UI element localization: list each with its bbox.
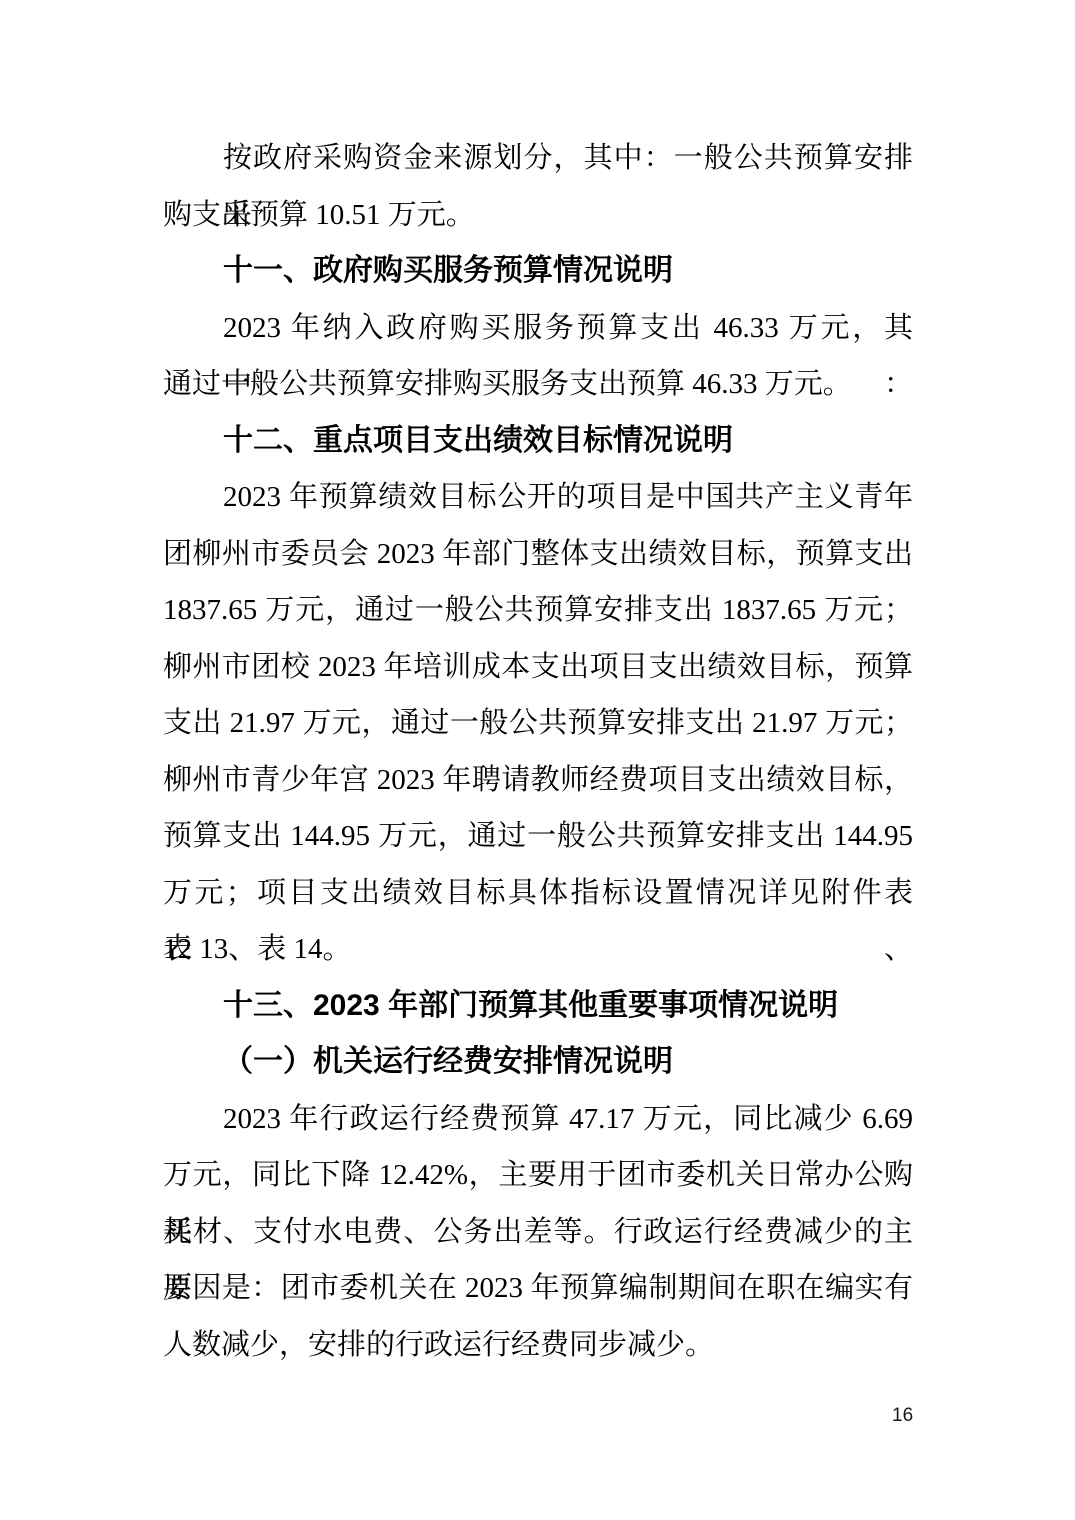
section-heading-13: 十三、2023 年部门预算其他重要事项情况说明 bbox=[163, 978, 913, 1035]
paragraph-procurement-funds: 按政府采购资金来源划分，其中：一般公共预算安排采 购支出预算 10.51 万元。 bbox=[163, 130, 913, 243]
text-line: 1837.65 万元，通过一般公共预算安排支出 1837.65 万元； bbox=[163, 582, 913, 639]
text-line: 人数减少，安排的行政运行经费同步减少。 bbox=[163, 1317, 913, 1374]
text-line: 支出 21.97 万元，通过一般公共预算安排支出 21.97 万元； bbox=[163, 695, 913, 752]
text-line: 通过一般公共预算安排购买服务支出预算 46.33 万元。 bbox=[163, 356, 913, 413]
section-heading-11: 十一、政府购买服务预算情况说明 bbox=[163, 243, 913, 300]
page-number: 16 bbox=[892, 1403, 913, 1429]
section-heading-12: 十二、重点项目支出绩效目标情况说明 bbox=[163, 413, 913, 470]
paragraph-performance-targets: 2023 年预算绩效目标公开的项目是中国共产主义青年 团柳州市委员会 2023 … bbox=[163, 469, 913, 978]
paragraph-purchased-services: 2023 年纳入政府购买服务预算支出 46.33 万元，其中： 通过一般公共预算… bbox=[163, 300, 913, 413]
text-line: 万元；项目支出绩效目标具体指标设置情况详见附件表 12、 bbox=[163, 865, 913, 922]
text-line: 柳州市青少年宫 2023 年聘请教师经费项目支出绩效目标， bbox=[163, 752, 913, 809]
text-line: 预算支出 144.95 万元，通过一般公共预算安排支出 144.95 bbox=[163, 808, 913, 865]
document-body: 按政府采购资金来源划分，其中：一般公共预算安排采 购支出预算 10.51 万元。… bbox=[163, 130, 913, 1373]
text-line: 按政府采购资金来源划分，其中：一般公共预算安排采 bbox=[163, 130, 913, 187]
text-line: 万元，同比下降 12.42%，主要用于团市委机关日常办公购买 bbox=[163, 1147, 913, 1204]
text-line: 原因是：团市委机关在 2023 年预算编制期间在职在编实有 bbox=[163, 1260, 913, 1317]
document-page: 按政府采购资金来源划分，其中：一般公共预算安排采 购支出预算 10.51 万元。… bbox=[0, 0, 1075, 1520]
text-line: 柳州市团校 2023 年培训成本支出项目支出绩效目标，预算 bbox=[163, 639, 913, 696]
text-line: 2023 年纳入政府购买服务预算支出 46.33 万元，其中： bbox=[163, 300, 913, 357]
text-line: 2023 年行政运行经费预算 47.17 万元，同比减少 6.69 bbox=[163, 1091, 913, 1148]
text-line: 购支出预算 10.51 万元。 bbox=[163, 187, 913, 244]
subsection-heading-1: （一）机关运行经费安排情况说明 bbox=[163, 1034, 913, 1091]
paragraph-operating-expenses: 2023 年行政运行经费预算 47.17 万元，同比减少 6.69 万元，同比下… bbox=[163, 1091, 913, 1374]
text-line: 耗材、支付水电费、公务出差等。行政运行经费减少的主要 bbox=[163, 1204, 913, 1261]
text-line: 2023 年预算绩效目标公开的项目是中国共产主义青年 bbox=[163, 469, 913, 526]
text-line: 团柳州市委员会 2023 年部门整体支出绩效目标，预算支出 bbox=[163, 526, 913, 583]
